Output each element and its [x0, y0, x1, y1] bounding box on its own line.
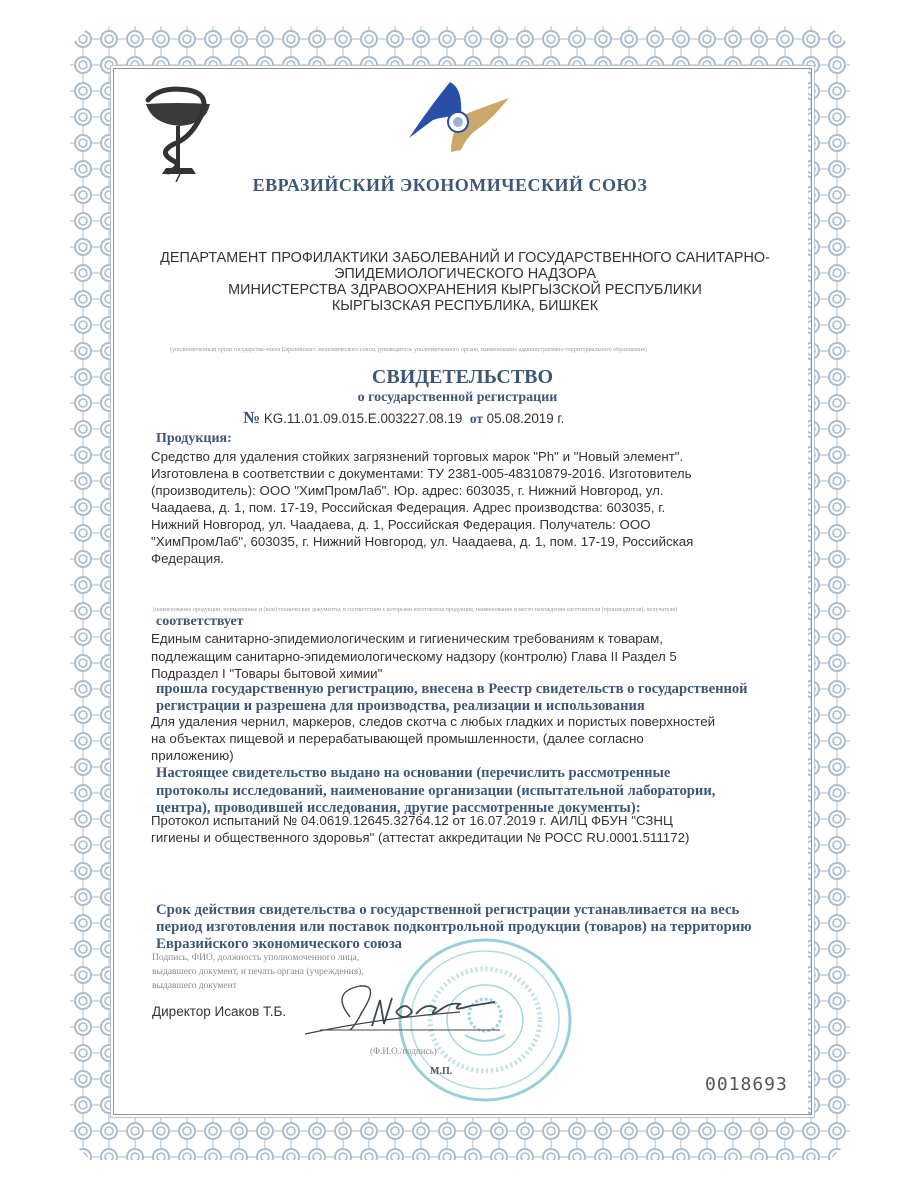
- product-line: Изготовлена в соответствии с документами…: [151, 465, 801, 482]
- usage-line: на объектах пищевой и перерабатывающей п…: [151, 730, 801, 747]
- conforms-label: соответствует: [156, 614, 244, 630]
- validity-line: период изготовления или поставок подконт…: [156, 919, 816, 936]
- product-description: Средство для удаления стойких загрязнени…: [151, 448, 801, 567]
- conforms-line: Единым санитарно-эпидемиологическим и ги…: [151, 630, 801, 648]
- seal-label: М.П.: [430, 1066, 452, 1077]
- department-line: ЭПИДЕМИОЛОГИЧЕСКОГО НАДЗОРА: [140, 266, 790, 282]
- basis-line: Настоящее свидетельство выдано на основа…: [156, 765, 816, 783]
- signature-icon: [300, 982, 510, 1042]
- certificate-title: СВИДЕТЕЛЬСТВО: [0, 366, 900, 389]
- product-line: Чаадаева, д. 1, пом. 17-19, Российская Ф…: [151, 499, 801, 516]
- signature-caption-line: выдавшего документ, и печать органа (учр…: [152, 965, 364, 979]
- product-caption: (наименование продукции, нормативные и (…: [153, 607, 793, 613]
- authority-caption: (уполномоченный орган государства-члена …: [170, 347, 765, 353]
- registration-number-line: № KG.11.01.09.015.Е.003227.08.19 от 05.0…: [243, 408, 564, 428]
- conforms-line: подлежащим санитарно-эпидемиологическому…: [151, 648, 801, 666]
- registration-date: 05.08.2019 г.: [487, 411, 565, 426]
- certificate-subtitle: о государственной регистрации: [0, 390, 900, 406]
- union-title: ЕВРАЗИЙСКИЙ ЭКОНОМИЧЕСКИЙ СОЮЗ: [0, 175, 900, 196]
- conforms-requirements: Единым санитарно-эпидемиологическим и ги…: [151, 630, 801, 683]
- protocol-line: гигиены и общественного здоровья" (аттес…: [151, 829, 801, 846]
- basis-statement: Настоящее свидетельство выдано на основа…: [156, 765, 816, 818]
- bowl-of-hygieia-icon: [138, 82, 220, 182]
- date-prefix: от: [470, 411, 483, 426]
- director-name: Директор Исаков Т.Б.: [152, 1004, 286, 1019]
- product-line: Нижний Новгород, ул. Чаадаева, д. 1, Рос…: [151, 516, 801, 533]
- eaeu-emblem-icon: [405, 80, 515, 170]
- department-line: ДЕПАРТАМЕНТ ПРОФИЛАКТИКИ ЗАБОЛЕВАНИЙ И Г…: [140, 250, 790, 266]
- fio-caption: (Ф.И.О./подпись): [370, 1046, 437, 1056]
- protocol-line: Протокол испытаний № 04.0619.12645.32764…: [151, 812, 801, 829]
- basis-line: протоколы исследований, наименование орг…: [156, 783, 816, 801]
- product-line: Средство для удаления стойких загрязнени…: [151, 448, 801, 465]
- registration-line: прошла государственную регистрацию, внес…: [156, 681, 816, 698]
- usage-description: Для удаления чернил, маркеров, следов ск…: [151, 713, 801, 764]
- conforms-line: Подраздел I "Товары бытовой химии": [151, 665, 801, 683]
- usage-line: приложению): [151, 747, 801, 764]
- registration-number: KG.11.01.09.015.Е.003227.08.19: [264, 411, 463, 426]
- product-line: Федерация.: [151, 550, 801, 567]
- validity-line: Срок действия свидетельства о государств…: [156, 902, 816, 919]
- department-line: МИНИСТЕРСТВА ЗДРАВООХРАНЕНИЯ КЫРГЫЗСКОЙ …: [140, 282, 790, 298]
- product-line: "ХимПромЛаб", 603035, г. Нижний Новгород…: [151, 533, 801, 550]
- usage-line: Для удаления чернил, маркеров, следов ск…: [151, 713, 801, 730]
- signature-caption-line: Подпись, ФИО, должность уполномоченного …: [152, 951, 364, 965]
- test-protocol: Протокол испытаний № 04.0619.12645.32764…: [151, 812, 801, 846]
- product-line: (производитель): ООО "ХимПромЛаб". Юр. а…: [151, 482, 801, 499]
- number-sign: №: [243, 408, 260, 427]
- product-label: Продукция:: [156, 431, 232, 447]
- department-line: КЫРГЫЗСКАЯ РЕСПУБЛИКА, БИШКЕК: [140, 298, 790, 314]
- registration-statement: прошла государственную регистрацию, внес…: [156, 681, 816, 715]
- serial-number: 0018693: [705, 1074, 788, 1095]
- issuing-department: ДЕПАРТАМЕНТ ПРОФИЛАКТИКИ ЗАБОЛЕВАНИЙ И Г…: [140, 250, 790, 314]
